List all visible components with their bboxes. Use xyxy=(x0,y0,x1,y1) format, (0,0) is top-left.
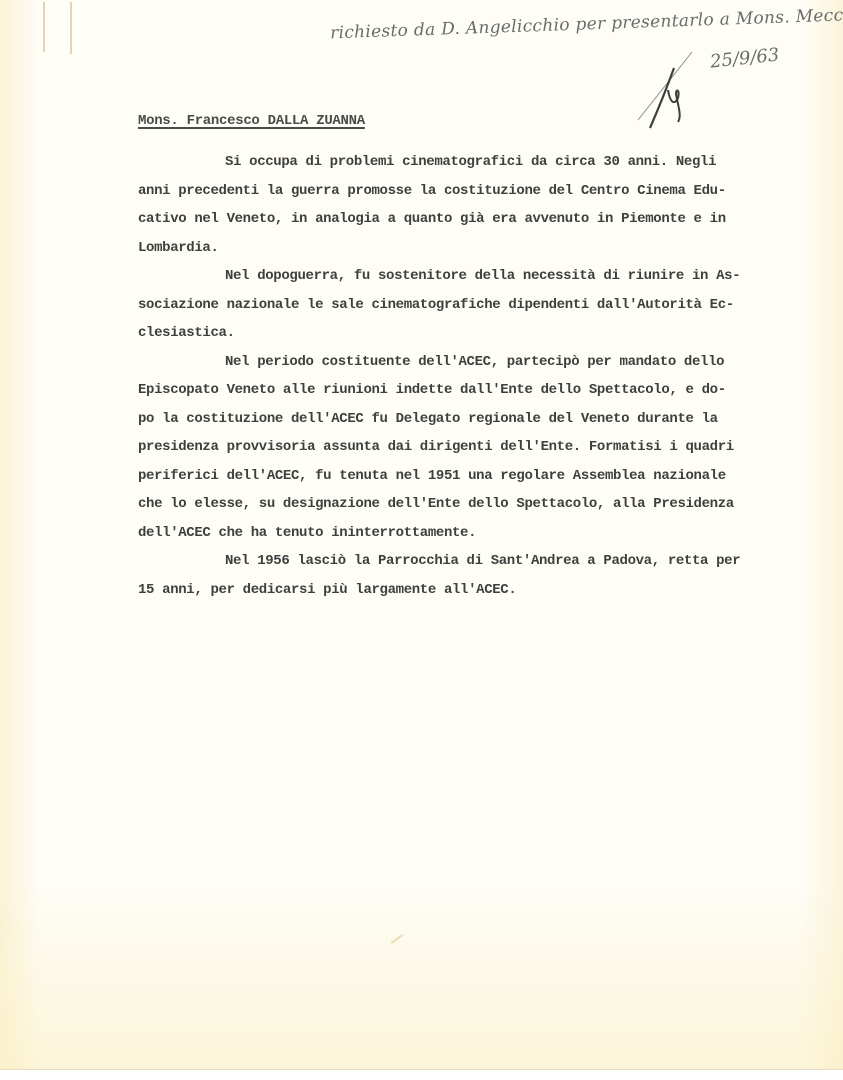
text-line: Lombardia. xyxy=(138,234,798,263)
document-title: Mons. Francesco DALLA ZUANNA xyxy=(138,113,365,129)
paper-stain xyxy=(70,2,72,54)
document-body: Si occupa di problemi cinematografici da… xyxy=(138,148,798,604)
paper-stain xyxy=(43,2,45,52)
text-line: po la costituzione dell'ACEC fu Delegato… xyxy=(138,405,798,434)
pen-mark xyxy=(391,934,404,944)
text-line: presidenza provvisoria assunta dai dirig… xyxy=(138,433,798,462)
text-line: Nel periodo costituente dell'ACEC, parte… xyxy=(138,348,798,377)
paragraph-3: Nel periodo costituente dell'ACEC, parte… xyxy=(138,348,798,548)
text-line: periferici dell'ACEC, fu tenuta nel 1951… xyxy=(138,462,798,491)
text-line: Si occupa di problemi cinematografici da… xyxy=(138,148,798,177)
text-line: 15 anni, per dedicarsi più largamente al… xyxy=(138,576,798,605)
text-line: dell'ACEC che ha tenuto ininterrottament… xyxy=(138,519,798,548)
paragraph-2: Nel dopoguerra, fu sostenitore della nec… xyxy=(138,262,798,348)
text-line: sociazione nazionale le sale cinematogra… xyxy=(138,291,798,320)
scanned-document-page: richiesto da D. Angelicchio per presenta… xyxy=(0,0,843,1080)
text-line: anni precedenti la guerra promosse la co… xyxy=(138,177,798,206)
signature-icon xyxy=(630,50,710,130)
text-line: Nel dopoguerra, fu sostenitore della nec… xyxy=(138,262,798,291)
text-line: Nel 1956 lasciò la Parrocchia di Sant'An… xyxy=(138,547,798,576)
text-line: clesiastica. xyxy=(138,319,798,348)
paragraph-4: Nel 1956 lasciò la Parrocchia di Sant'An… xyxy=(138,547,798,604)
handwritten-date: 25/9/63 xyxy=(709,44,780,72)
text-line: che lo elesse, su designazione dell'Ente… xyxy=(138,490,798,519)
paragraph-1: Si occupa di problemi cinematografici da… xyxy=(138,148,798,262)
page-bottom-edge xyxy=(0,1069,843,1080)
handwritten-note: richiesto da D. Angelicchio per presenta… xyxy=(330,5,843,44)
text-line: Episcopato Veneto alle riunioni indette … xyxy=(138,376,798,405)
text-line: cativo nel Veneto, in analogia a quanto … xyxy=(138,205,798,234)
